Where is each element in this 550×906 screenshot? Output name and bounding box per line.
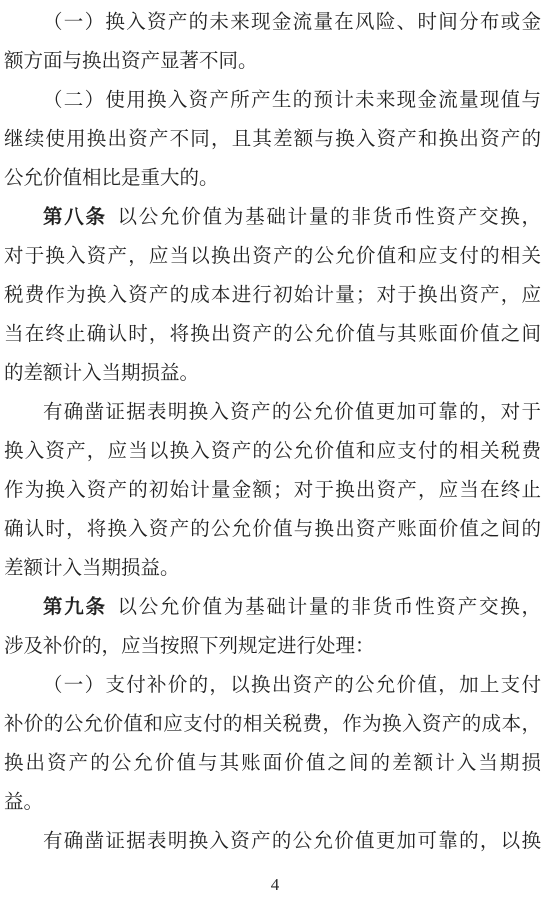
text-line: 确认时，将换入资产的公允价值与换出资产账面价值之间的 xyxy=(4,510,541,549)
text-line: 涉及补价的，应当按照下列规定进行处理： xyxy=(4,627,541,666)
text-line: 第九条以公允价值为基础计量的非货币性资产交换， xyxy=(4,588,541,627)
text-line: 当在终止确认时，将换出资产的公允价值与其账面价值之间 xyxy=(4,315,541,354)
text-line: （一）换入资产的未来现金流量在风险、时间分布或金 xyxy=(4,3,541,42)
text-line: 第八条以公允价值为基础计量的非货币性资产交换， xyxy=(4,198,541,237)
text-line: 差额计入当期损益。 xyxy=(4,549,541,588)
text-line: 的差额计入当期损益。 xyxy=(4,354,541,393)
text-line: 换入资产，应当以换入资产的公允价值和应支付的相关税费 xyxy=(4,432,541,471)
text-line: 作为换入资产的初始计量金额；对于换出资产，应当在终止 xyxy=(4,471,541,510)
page-number: 4 xyxy=(0,872,550,898)
text-line: 税费作为换入资产的成本进行初始计量；对于换出资产，应 xyxy=(4,276,541,315)
text-line: 继续使用换出资产不同，且其差额与换入资产和换出资产的 xyxy=(4,120,541,159)
text-line: 益。 xyxy=(4,783,541,822)
text-line: 对于换入资产，应当以换出资产的公允价值和应支付的相关 xyxy=(4,237,541,276)
text-line: 公允价值相比是重大的。 xyxy=(4,159,541,198)
article-number: 第八条 xyxy=(43,206,107,228)
article-number: 第九条 xyxy=(43,596,107,618)
text-line: （二）使用换入资产所产生的预计未来现金流量现值与 xyxy=(4,81,541,120)
text-line: （一）支付补价的，以换出资产的公允价值，加上支付 xyxy=(4,666,541,705)
text-line: 补价的公允价值和应支付的相关税费，作为换入资产的成本， xyxy=(4,705,541,744)
document-page: （一）换入资产的未来现金流量在风险、时间分布或金额方面与换出资产显著不同。（二）… xyxy=(0,0,550,906)
document-body: （一）换入资产的未来现金流量在风险、时间分布或金额方面与换出资产显著不同。（二）… xyxy=(4,3,541,861)
text-line: 有确凿证据表明换入资产的公允价值更加可靠的，以换 xyxy=(4,822,541,861)
text-line: 额方面与换出资产显著不同。 xyxy=(4,42,541,81)
text-line: 有确凿证据表明换入资产的公允价值更加可靠的，对于 xyxy=(4,393,541,432)
text-line: 换出资产的公允价值与其账面价值之间的差额计入当期损 xyxy=(4,744,541,783)
